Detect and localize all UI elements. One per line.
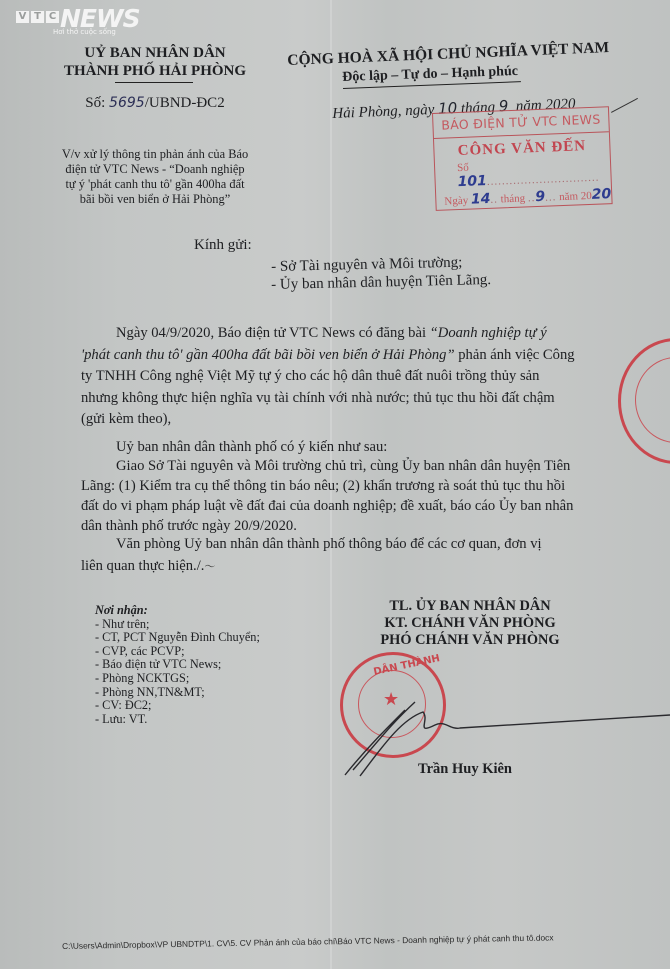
stamp-dots: .............................. (487, 172, 600, 188)
stamp-year-label: năm 20 (556, 190, 592, 203)
body-line: ty TNHH Công nghệ Việt Mỹ tự ý cho các h… (81, 366, 575, 388)
stamp-year-handwritten: 20 (591, 186, 611, 203)
distribution-item: - Như trên; (95, 618, 260, 632)
article-title-italic: 'phát canh thu tô' gần 400ha đất bãi bồi… (81, 347, 455, 363)
doc-number-label: Số: (85, 95, 109, 111)
subject-line: bãi bồi ven biển ở Hải Phòng” (40, 192, 270, 207)
distribution-item: - CT, PCT Nguyễn Đình Chuyển; (95, 631, 260, 645)
recipients-label: Kính gửi: (194, 237, 252, 254)
distribution-item: - CVP, các PCVP; (95, 645, 260, 659)
distribution-item: - Phòng NCKTGS; (95, 672, 260, 686)
body-line: Giao Sở Tài nguyên và Môi trường chủ trì… (81, 456, 573, 476)
vtc-logo-boxes: V T C (16, 11, 59, 23)
signature-titles: TL. ỦY BAN NHÂN DÂN KT. CHÁNH VĂN PHÒNG … (360, 598, 580, 649)
distribution-item: - Lưu: VT. (95, 713, 260, 727)
document-number: Số: 5695/UBND-ĐC2 (40, 95, 270, 112)
stamp-org: BÁO ĐIỆN TỬ VTC NEWS (433, 107, 609, 139)
distribution-item: - CV: ĐC2; (95, 699, 260, 713)
body-paragraph-3: Giao Sở Tài nguyên và Môi trường chủ trì… (81, 456, 573, 536)
doc-number-suffix: /UBND-ĐC2 (145, 95, 225, 111)
date-flourish-mark (611, 98, 638, 113)
body-line: dân thành phố trước ngày 20/9/2020. (81, 516, 573, 536)
distribution-item: - Phòng NN,TN&MT; (95, 686, 260, 700)
body-paragraph-4: Văn phòng Uỷ ban nhân dân thành phố thôn… (81, 534, 542, 577)
footer-file-path: C:\Users\Admin\Dropbox\VP UBNDTP\1. CV\5… (62, 932, 554, 951)
issuer-line-1: UỶ BAN NHÂN DÂN (40, 45, 270, 62)
body-line: 'phát canh thu tô' gần 400ha đất bãi bồi… (81, 345, 575, 367)
date-prefix: Hải Phòng, ngày (332, 102, 438, 122)
body-line: liên quan thực hiện./.〜 (81, 556, 542, 578)
stamp-day-label: Ngày (444, 195, 471, 208)
body-paragraph-1: Ngày 04/9/2020, Báo điện tử VTC News có … (81, 323, 575, 431)
body-line: đất do vi phạm pháp luật về đất đai của … (81, 496, 573, 516)
body-line-text: liên quan thực hiện./. (81, 558, 204, 574)
distribution-label: Nơi nhận: (95, 604, 260, 618)
body-line: Lãng: (1) Kiểm tra cụ thể thông tin báo … (81, 476, 573, 496)
stamp-month-label: tháng (498, 192, 528, 205)
stamp-number-line: Số 101.............................. (457, 156, 611, 190)
body-line: Văn phòng Uỷ ban nhân dân thành phố thôn… (81, 534, 542, 556)
logo-letter: C (46, 11, 59, 23)
signature-title-3: PHÓ CHÁNH VĂN PHÒNG (360, 632, 580, 649)
incoming-document-stamp: BÁO ĐIỆN TỬ VTC NEWS CÔNG VĂN ĐẾN Số 101… (432, 106, 613, 211)
partial-red-seal-edge (618, 338, 670, 464)
subject-line: điện tử VTC News - “Doanh nghiệp (40, 162, 270, 177)
subject-summary: V/v xử lý thông tin phản ánh của Báo điệ… (40, 147, 270, 207)
signature-title-2: KT. CHÁNH VĂN PHÒNG (360, 615, 580, 632)
seal-inner-ring (635, 357, 670, 443)
distribution-item: - Báo điện tử VTC News; (95, 658, 260, 672)
stamp-number-handwritten: 101 (457, 173, 487, 190)
stamp-month-handwritten: 9 (535, 189, 545, 205)
body-line-text: Ngày 04/9/2020, Báo điện tử VTC News có … (116, 325, 430, 341)
subject-line: tự ý 'phát canh thu tô' gần 400ha đất (40, 177, 270, 192)
article-title-italic: “Doanh nghiệp tự ý (430, 325, 547, 341)
issuer-underline (115, 82, 193, 83)
stamp-day-handwritten: 14 (471, 191, 491, 208)
recipient-item: - Ủy ban nhân dân huyện Tiên Lãng. (271, 272, 491, 294)
distribution-list: Nơi nhận: - Như trên; - CT, PCT Nguyễn Đ… (95, 604, 260, 726)
logo-letter: T (31, 11, 44, 23)
doc-number-handwritten: 5695 (109, 95, 145, 111)
logo-slogan: Hơi thở cuộc sống (53, 28, 116, 36)
stamp-number-label: Số (457, 162, 469, 174)
body-line-text: phản ánh việc Công (455, 347, 575, 363)
body-line: (gửi kèm theo), (81, 409, 575, 431)
body-line: nhưng không thực hiện nghĩa vụ tài chính… (81, 388, 575, 410)
signature-title-1: TL. ỦY BAN NHÂN DÂN (360, 598, 580, 615)
issuer-line-2: THÀNH PHỐ HẢI PHÒNG (40, 63, 270, 80)
signer-name: Trần Huy Kiên (418, 761, 512, 778)
logo-letter: V (16, 11, 29, 23)
initial-scribble-icon: 〜 (204, 560, 215, 573)
vtc-news-watermark: V T C NEWS Hơi thở cuộc sống (16, 6, 140, 32)
subject-line: V/v xử lý thông tin phản ánh của Báo (40, 147, 270, 162)
body-line: Ngày 04/9/2020, Báo điện tử VTC News có … (81, 323, 575, 345)
